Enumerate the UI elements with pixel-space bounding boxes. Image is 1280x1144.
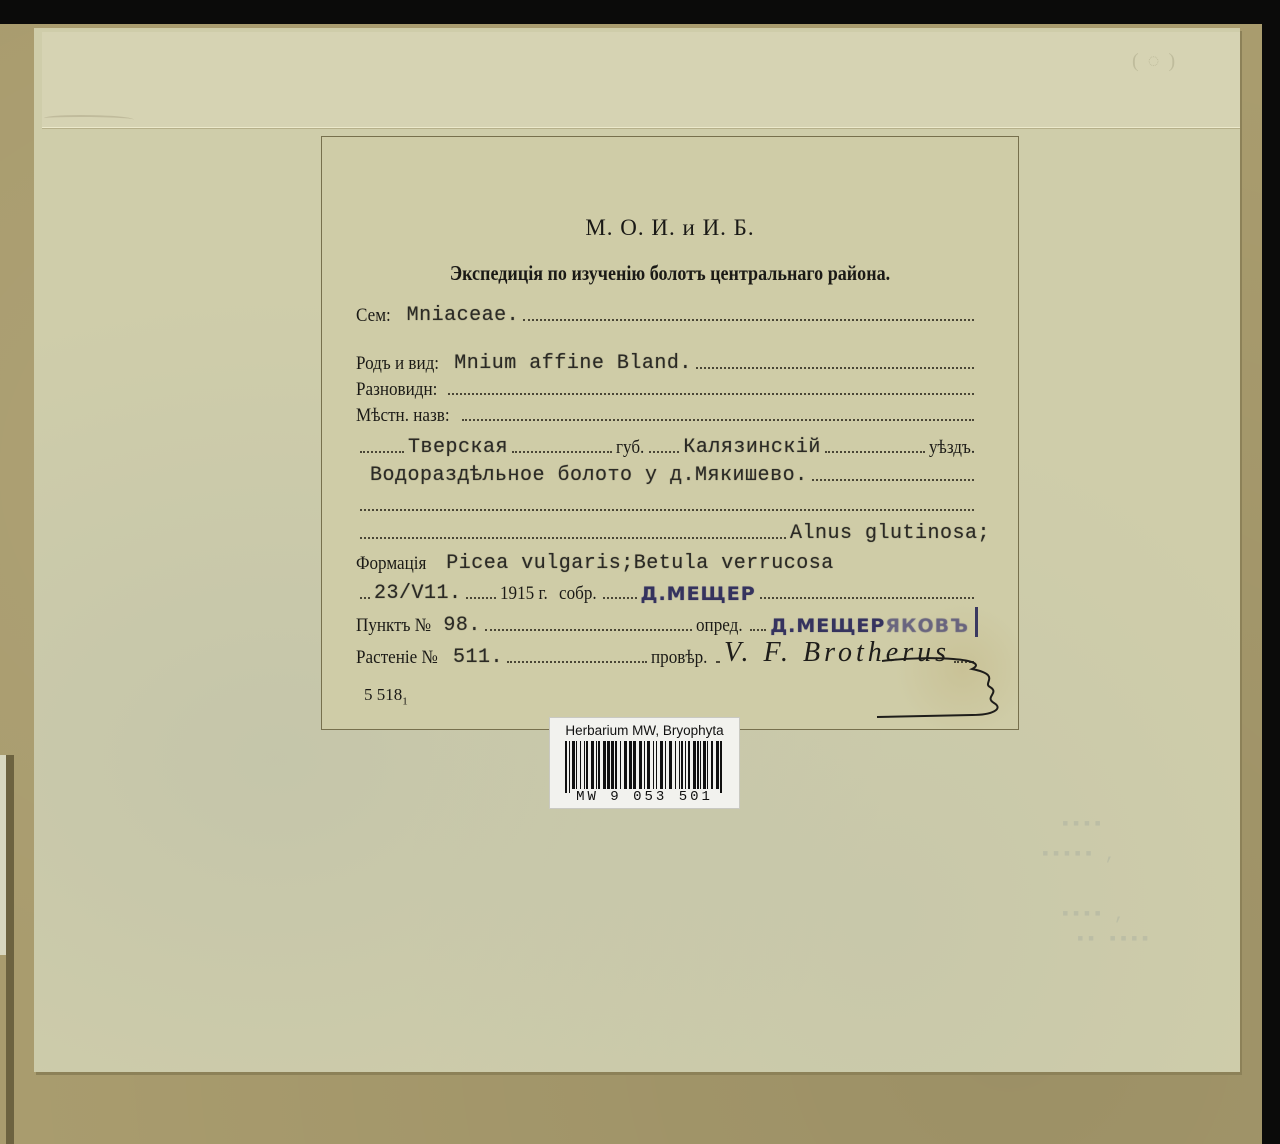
field-locality: Водораздѣльное болото у д.Мякишево. [356,459,978,487]
field-family: Сем: Mniaceae. [356,299,978,327]
field-label: Сем: [356,305,391,327]
field-province-district: Тверская губ. Калязинскій уѣздъ. [356,431,978,459]
field-label: Пунктъ № [356,615,431,637]
field-variety: Разновидн: [356,373,978,401]
field-local-name: Мѣстн. назв: [356,399,978,427]
formation-value: Picea vulgaris;Betula verrucosa [446,552,834,575]
dotted-line [750,629,766,631]
show-through-text: ▪▪▪▪ [1060,815,1103,835]
barcode-number: MW 9 053 501 [570,789,719,805]
blank-line [356,489,978,517]
district-label: уѣздъ. [929,437,975,459]
collector-stamp: Д.МЕЩЕР [641,583,756,605]
field-genus-species: Родъ и вид: Mnium affine Bland. [356,347,978,375]
date-value: 23/V11. [374,582,462,605]
field-formation-line1: Alnus glutinosa; [356,517,990,545]
province-value: Тверская [408,436,508,459]
field-label: Мѣстн. назв: [356,405,450,427]
scan-edge [1262,16,1280,1144]
barcode-label: Herbarium MW, Bryophyta MW 9 053 501 [549,717,740,809]
dotted-line [523,319,974,321]
verified-label: провѣр. [651,647,707,669]
determined-label: опред. [696,615,743,637]
show-through-text: ▪▪▪▪▪ , [1040,845,1116,865]
point-value: 98. [443,614,481,637]
dotted-line [603,597,637,599]
institution-heading: М. О. И. и И. Б. [322,215,1018,241]
dotted-line [760,597,974,599]
dotted-line [360,597,370,599]
board-edge-shadow [6,755,14,1144]
stamp-bar [975,607,978,637]
field-label: Разновидн: [356,379,437,401]
dotted-line [485,629,693,631]
show-through-text: ▪▪▪▪ , [1060,905,1125,925]
dotted-line [360,537,786,539]
catalog-number: 5 5181 [364,685,408,707]
field-date-collector: 23/V11. 1915 г. собр. Д.МЕЩЕР [356,577,978,605]
field-formation: Формація Picea vulgaris;Betula verrucosa [356,547,1018,575]
expedition-heading: Экспедиція по изученію болотъ центральна… [371,261,970,286]
field-label: Родъ и вид: [356,353,439,375]
determiner-stamp: Д.МЕЩЕРЯКОВЪ [770,615,969,637]
dotted-line [462,419,974,421]
formation-line1-value: Alnus glutinosa; [790,522,990,545]
dotted-line [466,597,496,599]
dotted-line [696,367,974,369]
dotted-line [649,451,679,453]
signature-flourish [872,657,1012,723]
dotted-line [448,393,974,395]
year-value: 1915 г. [500,583,548,605]
district-value: Калязинскій [683,436,821,459]
field-label: Растеніе № [356,647,438,669]
flap-tear [44,115,134,123]
barcode-title: Herbarium MW, Bryophyta [550,723,739,738]
dotted-line [360,509,974,511]
plant-value: 511. [453,646,503,669]
province-label: губ. [616,437,644,459]
adjacent-sheet-edge [0,755,6,955]
dotted-line [512,451,612,453]
field-label: Формація [356,553,426,575]
specimen-label: М. О. И. и И. Б. Экспедиція по изученію … [321,136,1019,730]
dotted-line [825,451,925,453]
collected-label: собр. [559,583,597,605]
genus-species-value: Mnium affine Bland. [454,352,692,375]
dotted-line [716,661,720,663]
sheet-top-flap [42,32,1240,128]
show-through-text: ▪▪ ▪▪▪▪ [1075,930,1151,950]
dotted-line [812,479,974,481]
locality-value: Водораздѣльное болото у д.Мякишево. [370,464,808,487]
dotted-line [360,451,404,453]
dotted-line [507,661,647,663]
family-value: Mniaceae. [407,304,520,327]
barcode-bars [565,741,725,793]
embossed-watermark: ( ◌ ) [1132,50,1222,90]
field-point-determined: Пунктъ № 98. опред. Д.МЕЩЕРЯКОВЪ [356,609,978,637]
